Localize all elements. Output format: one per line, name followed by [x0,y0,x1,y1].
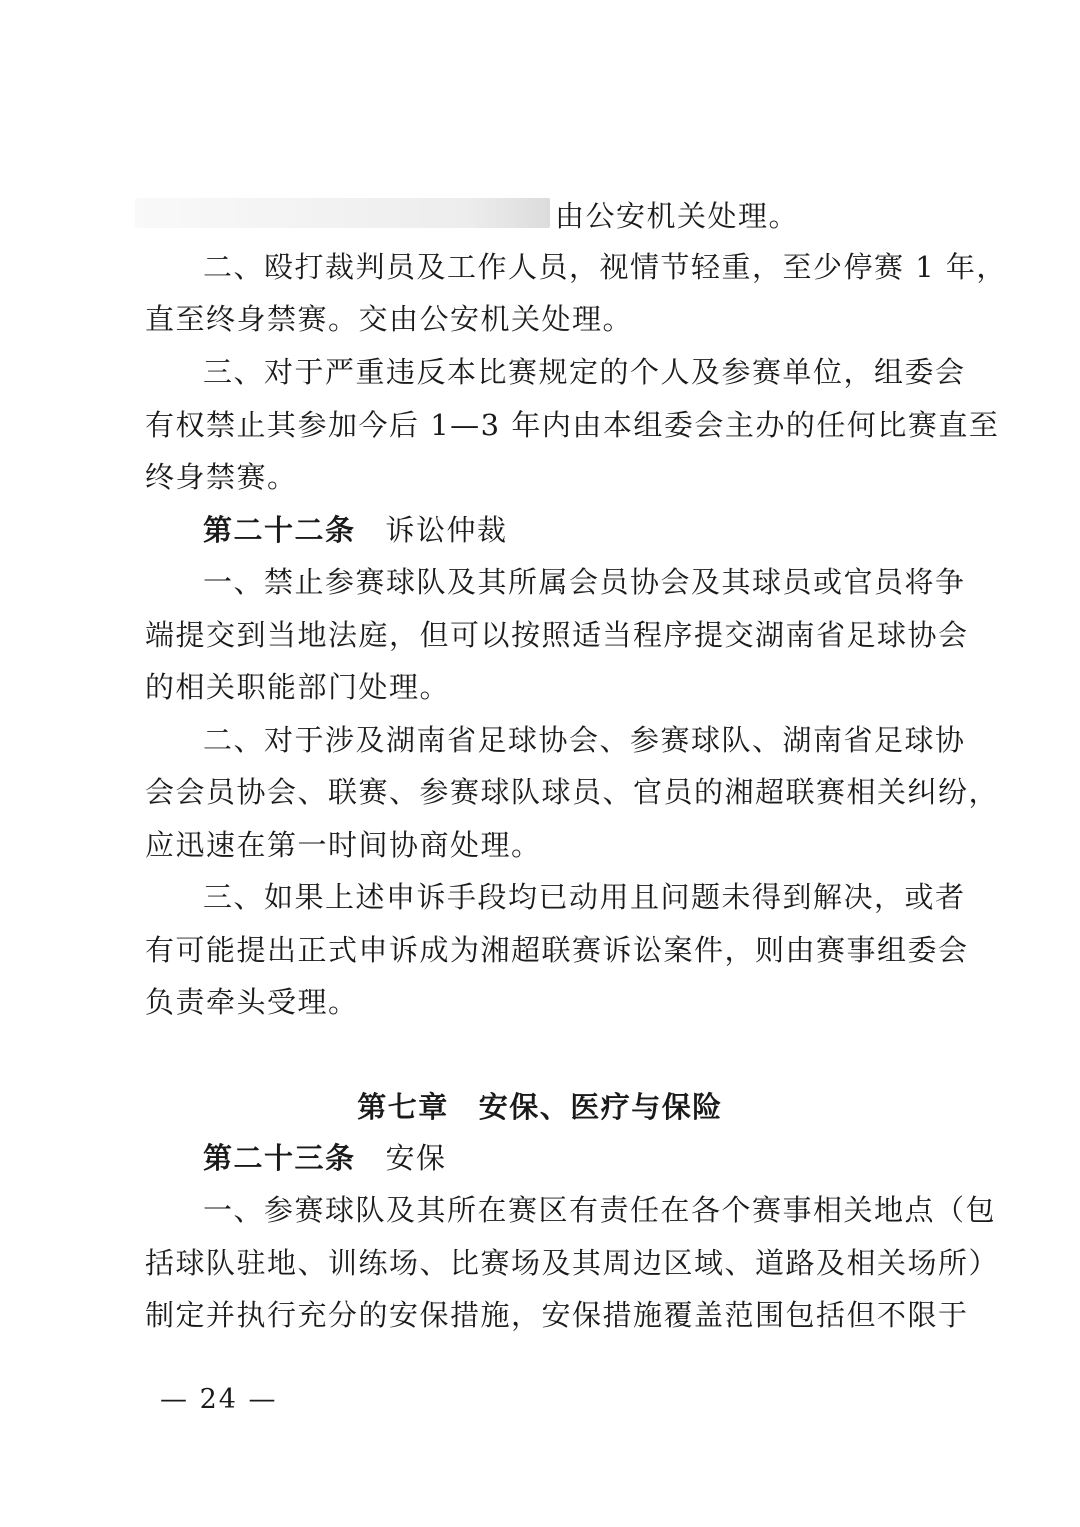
paragraph-line: 负责牵头受理。 [145,982,935,1022]
paragraph-line: 一、禁止参赛球队及其所属会员协会及其球员或官员将争 [203,562,935,602]
paragraph-line: 端提交到当地法庭，但可以按照适当程序提交湖南省足球协会 [145,615,935,655]
paragraph-line: 会会员协会、联赛、参赛球队球员、官员的湘超联赛相关纠纷， [145,772,935,812]
article-number: 第二十三条 [203,1141,356,1175]
redacted-text-band [135,198,550,228]
paragraph-line: 终身禁赛。 [145,457,935,497]
paragraph-line: 直至终身禁赛。交由公安机关处理。 [145,299,935,339]
paragraph-line: 二、对于涉及湖南省足球协会、参赛球队、湖南省足球协 [203,720,935,760]
paragraph-line: 应迅速在第一时间协商处理。 [145,825,935,865]
article-title: 安保 [386,1141,447,1175]
article-title: 诉讼仲裁 [386,513,508,547]
document-page: 由公安机关处理。 二、殴打裁判员及工作人员，视情节轻重，至少停赛 1 年， 直至… [0,0,1080,1527]
page-number: — 24 — [160,1382,278,1418]
paragraph-line: 二、殴打裁判员及工作人员，视情节轻重，至少停赛 1 年， [203,247,935,287]
paragraph-line: 括球队驻地、训练场、比赛场及其周边区域、道路及相关场所） [145,1243,935,1283]
paragraph-line: 三、如果上述申诉手段均已动用且问题未得到解决，或者 [203,877,935,917]
paragraph-line: 有可能提出正式申诉成为湘超联赛诉讼案件，则由赛事组委会 [145,930,935,970]
chapter-heading: 第七章安保、医疗与保险 [0,1087,1080,1127]
chapter-number: 第七章 [357,1090,449,1124]
paragraph-line: 有权禁止其参加今后 1—3 年内由本组委会主办的任何比赛直至 [145,405,935,445]
continued-line: 由公安机关处理。 [555,196,855,236]
article-heading-23: 第二十三条安保 [203,1138,935,1178]
article-heading-22: 第二十二条诉讼仲裁 [203,510,935,550]
paragraph-line: 三、对于严重违反本比赛规定的个人及参赛单位，组委会 [203,352,935,392]
chapter-title: 安保、医疗与保险 [479,1090,723,1124]
paragraph-line: 制定并执行充分的安保措施，安保措施覆盖范围包括但不限于 [145,1295,935,1335]
article-number: 第二十二条 [203,513,356,547]
paragraph-line: 的相关职能部门处理。 [145,667,935,707]
paragraph-line: 一、参赛球队及其所在赛区有责任在各个赛事相关地点（包 [203,1190,935,1230]
